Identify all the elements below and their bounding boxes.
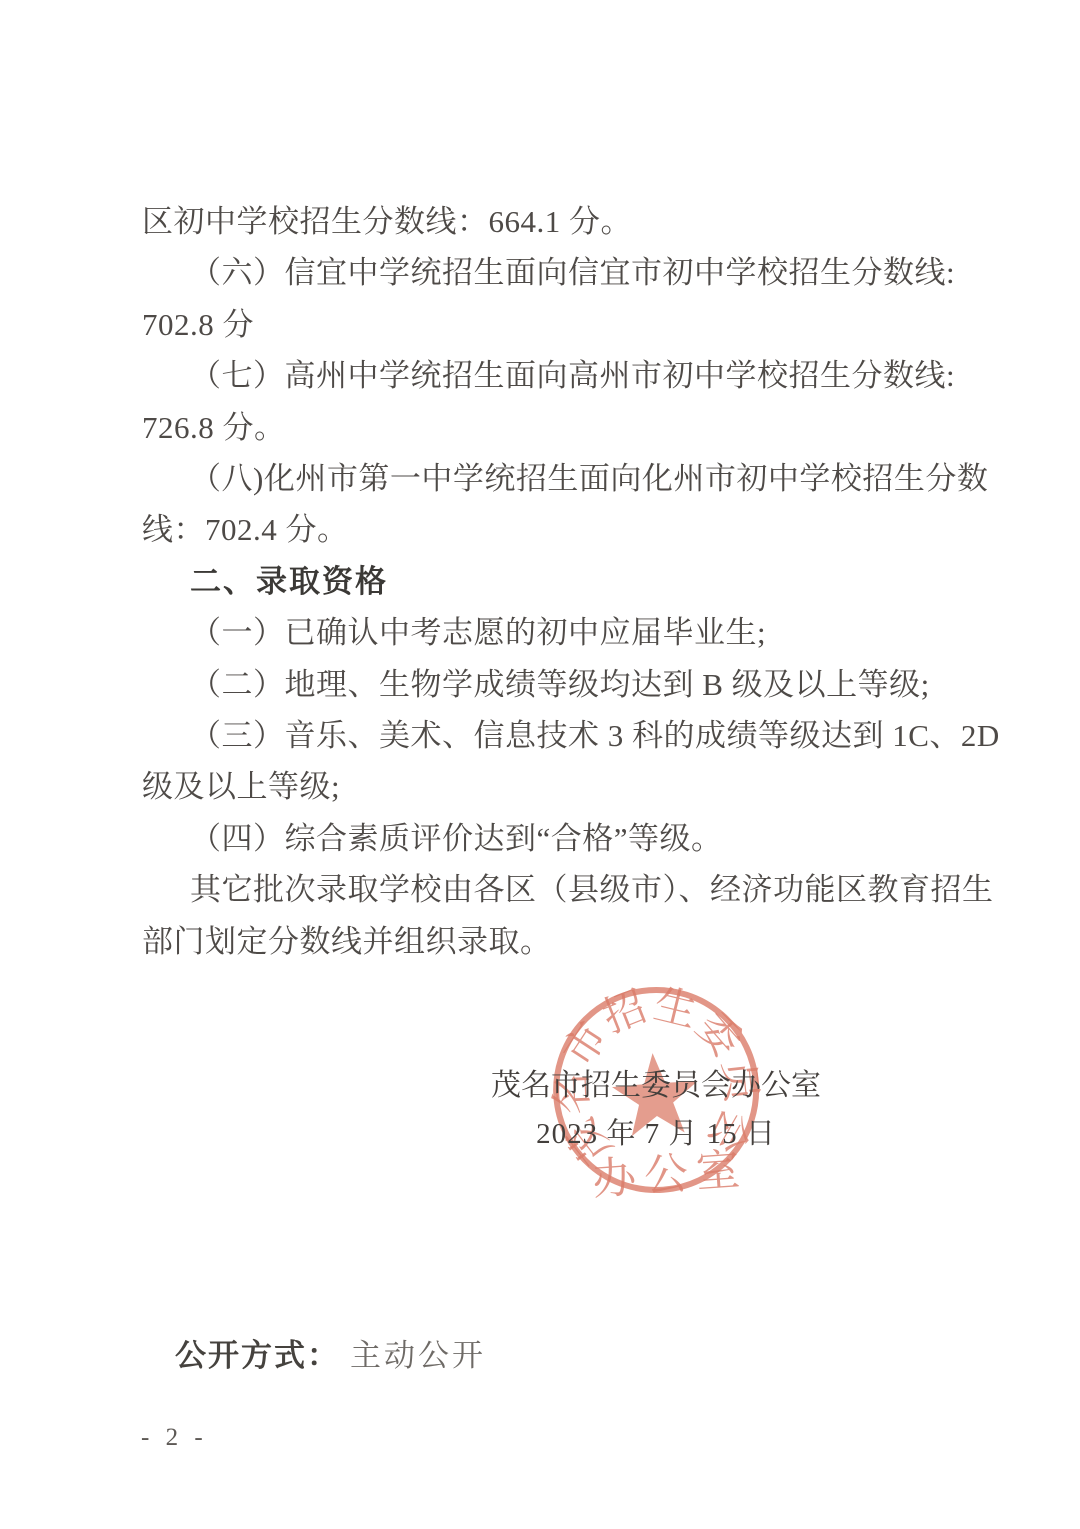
body-line: （八)化州市第一中学统招生面向化州市初中学校招生分数 bbox=[142, 453, 946, 504]
body-line: 区初中学校招生分数线：664.1 分。 bbox=[142, 196, 946, 247]
seal-bottom-text: 办公室 bbox=[591, 1145, 750, 1205]
signature-organization: 茂名市招生委员会办公室 bbox=[470, 1060, 842, 1104]
body-line: （六）信宜中学统招生面向信宜市初中学校招生分数线: bbox=[142, 247, 946, 298]
disclosure-line: 公开方式：主动公开 bbox=[175, 1330, 486, 1375]
body-line: （一）已确认中考志愿的初中应届毕业生; bbox=[142, 607, 946, 658]
body-line: （四）综合素质评价达到“合格”等级。 bbox=[142, 813, 946, 864]
section-heading: 二、录取资格 bbox=[142, 556, 946, 607]
body-line: （三）音乐、美术、信息技术 3 科的成绩等级达到 1C、2D bbox=[142, 710, 946, 761]
signature-date: 2023 年 7 月 15 日 bbox=[470, 1111, 842, 1152]
body-line: 702.8 分 bbox=[142, 299, 946, 350]
disclosure-label: 公开方式： bbox=[175, 1338, 340, 1373]
body-line: （二）地理、生物学成绩等级均达到 B 级及以上等级; bbox=[142, 659, 946, 710]
body-line: （七）高州中学统招生面向高州市初中学校招生分数线: bbox=[142, 350, 946, 401]
body-line: 其它批次录取学校由各区（县级市）、经济功能区教育招生 bbox=[142, 864, 946, 915]
body-line: 部门划定分数线并组织录取。 bbox=[142, 916, 946, 967]
page-number: - 2 - bbox=[141, 1424, 208, 1452]
disclosure-value: 主动公开 bbox=[350, 1338, 486, 1373]
document-page: 区初中学校招生分数线：664.1 分。 （六）信宜中学统招生面向信宜市初中学校招… bbox=[0, 0, 1080, 1529]
body-line: 级及以上等级; bbox=[142, 761, 946, 812]
body-line: 726.8 分。 bbox=[142, 402, 946, 453]
body-line: 线：702.4 分。 bbox=[142, 504, 946, 555]
document-body: 区初中学校招生分数线：664.1 分。 （六）信宜中学统招生面向信宜市初中学校招… bbox=[142, 196, 946, 967]
